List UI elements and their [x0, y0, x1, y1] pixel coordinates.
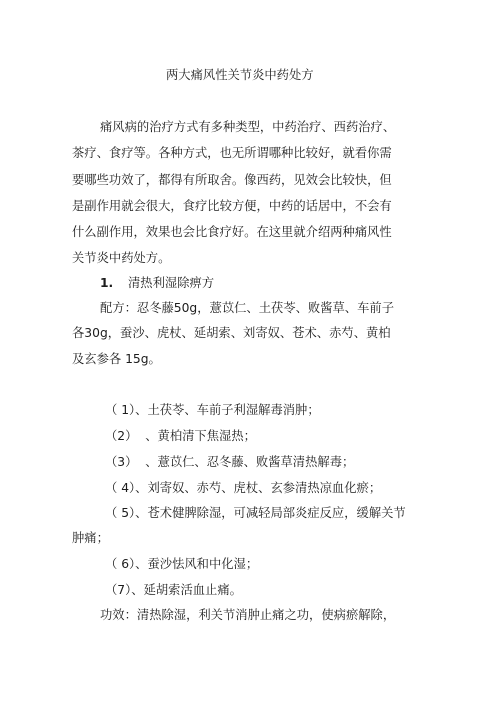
formula-line: 及玄参各 15g。 — [72, 352, 161, 366]
formula-line: 配方：忍冬藤50g，薏苡仁、土茯苓、败酱草、车前子 — [100, 301, 394, 315]
intro-line: 痛风病的治疗方式有多种类型，中药治疗、西药治疗、 — [100, 120, 395, 134]
section-heading-text: 清热利湿除痹方 — [128, 276, 214, 290]
intro-line: 要哪些功效了，都得有所取舍。像西药，见效会比较快，但 — [72, 173, 392, 187]
efficacy-paragraph: 功效：清热除湿，利关节消肿止痛之功，使病瘀解除， — [100, 608, 395, 622]
list-item: （ 6）、蚕沙怯风和中化湿； — [105, 557, 258, 571]
list-item: （ 1）、土茯苓、车前子利湿解毒消肿； — [105, 403, 320, 417]
list-item: （ 4）、刘寄奴、赤芍、虎杖、玄参清热凉血化瘀； — [105, 481, 381, 495]
list-item: （3） 、薏苡仁、忍冬藤、败酱草清热解毒； — [105, 455, 354, 469]
list-item: （7）、延胡索活血止痛。 — [105, 583, 242, 597]
intro-line: 什么副作用，效果也会比食疗好。在这里就介绍两种痛风性 — [72, 225, 392, 239]
intro-line: 茶疗、食疗等。各种方式，也无所谓哪种比较好，就看你需 — [72, 146, 392, 160]
section-number: 1. — [100, 276, 113, 290]
document-page: 两大痛风性关节炎中药处方 痛风病的治疗方式有多种类型，中药治疗、西药治疗、 茶疗… — [0, 0, 500, 708]
formula-line: 各30g，蚕沙、虎杖、延胡索、刘寄奴、苍术、赤芍、黄柏 — [72, 326, 391, 340]
list-item-continuation: 肿痛； — [72, 531, 109, 545]
list-item: （2） 、黄柏清下焦湿热； — [105, 429, 256, 443]
list-item: （ 5）、苍术健脾除湿，可减轻局部炎症反应，缓解关节 — [105, 506, 406, 520]
intro-line: 是副作用就会很大，食疗比较方便，中药的话居中，不会有 — [72, 199, 392, 213]
document-title: 两大痛风性关节炎中药处方 — [166, 68, 314, 82]
intro-line: 关节炎中药处方。 — [72, 251, 170, 265]
